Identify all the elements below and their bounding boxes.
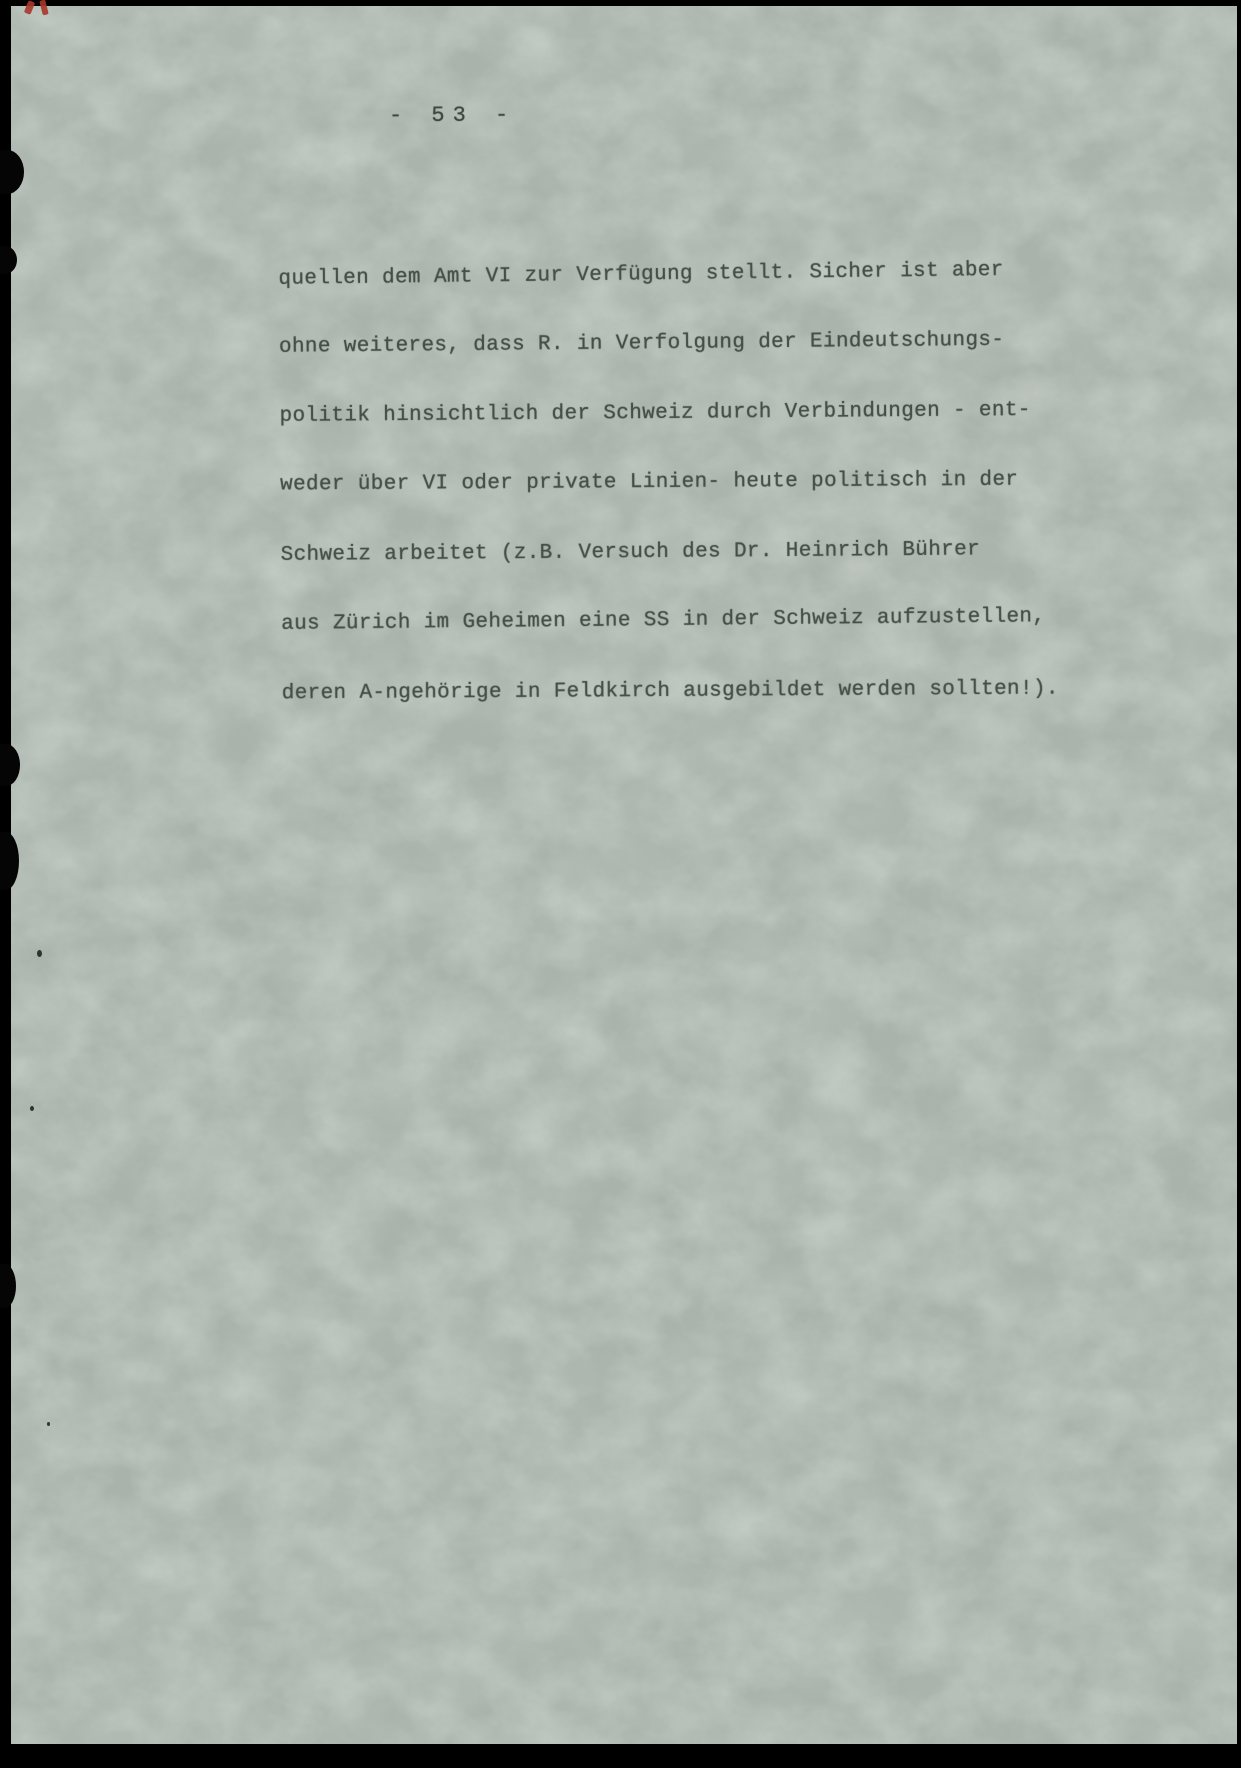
- scan-artifact-speck: [47, 1422, 50, 1426]
- page-number: - 53 -: [389, 103, 516, 129]
- paragraph-line: Schweiz arbeitet (z.B. Versuch des Dr. H…: [281, 537, 1101, 567]
- scan-artifact-speck: [30, 1106, 34, 1111]
- scanned-document-page: - 53 - quellen dem Amt VI zur Verfügung …: [0, 0, 1241, 1768]
- paragraph-line: quellen dem Amt VI zur Verfügung stellt.…: [278, 258, 1098, 291]
- paragraph-line: deren A-ngehörige in Feldkirch ausgebild…: [282, 677, 1102, 705]
- paragraph-line: aus Zürich im Geheimen eine SS in der Sc…: [281, 605, 1101, 636]
- paragraph-line: politik hinsichtlich der Schweiz durch V…: [279, 398, 1099, 428]
- scan-artifact-speck: [37, 950, 42, 957]
- paper-sheet: - 53 - quellen dem Amt VI zur Verfügung …: [11, 6, 1237, 1744]
- paragraph-line: ohne weiteres, dass R. in Verfolgung der…: [279, 328, 1099, 359]
- typed-paragraph: quellen dem Amt VI zur Verfügung stellt.…: [278, 213, 1102, 753]
- paragraph-line: weder über VI oder private Linien- heute…: [280, 468, 1100, 496]
